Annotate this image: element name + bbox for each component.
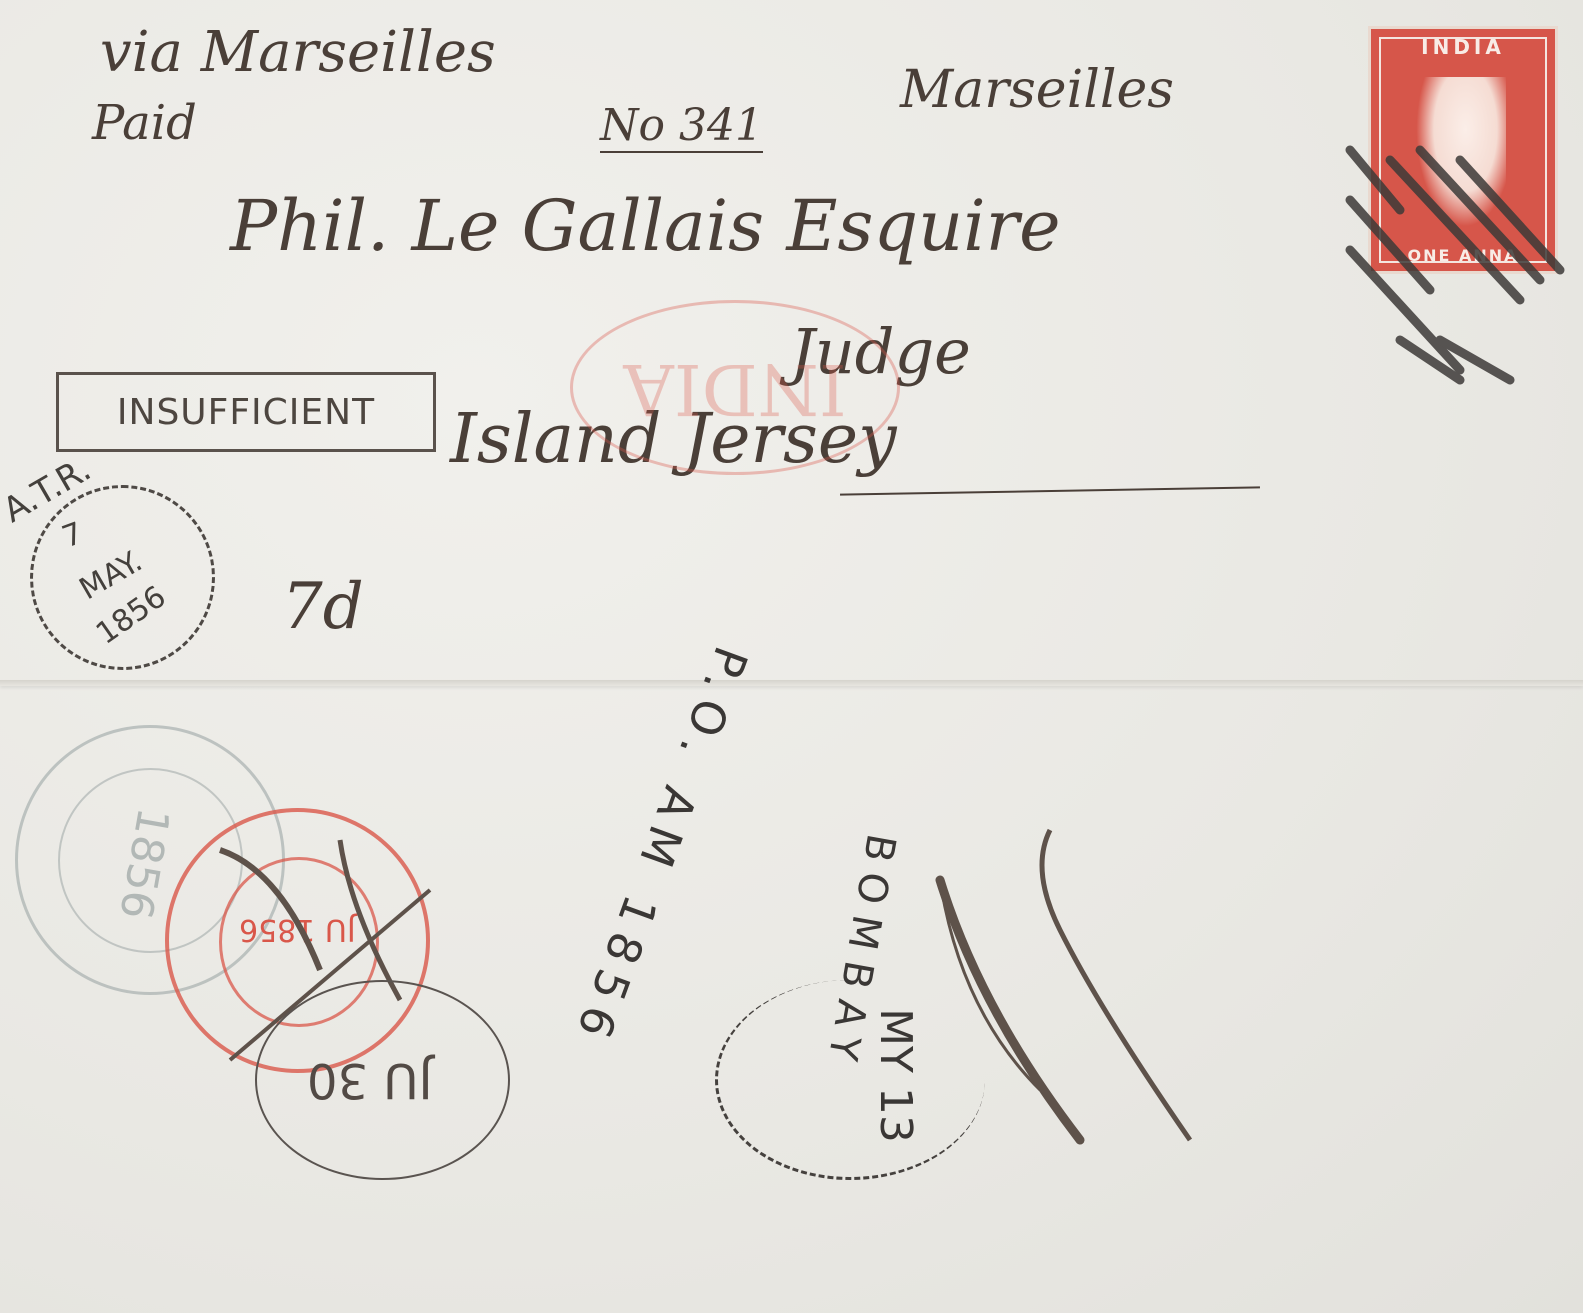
route-note-right: Marseilles [900,60,1174,120]
postal-cover: via Marseilles Paid No 341 Marseilles Ph… [0,0,1583,1313]
underline [840,486,1260,495]
cancellation-bars-icon [1340,130,1580,390]
transit-marks: P.O. AM 1856 [563,640,758,1055]
red-oval-handstamp: INDIA [570,300,900,475]
postage-due-charge: 7d [282,570,364,644]
paid-note: Paid [92,95,197,151]
black-cds: JU 30 [255,980,510,1180]
stamp-country: INDIA [1371,35,1555,59]
insufficient-handstamp: INSUFFICIENT [56,372,436,452]
route-note-left: via Marseilles [100,20,496,85]
ink-flourish-icon [900,810,1220,1170]
envelope-fold [0,680,1583,686]
addressee-name: Phil. Le Gallais Esquire [230,185,1061,267]
reference-number: No 341 [600,100,763,153]
datestamp-front: 7 MAY. 1856 [30,485,215,670]
